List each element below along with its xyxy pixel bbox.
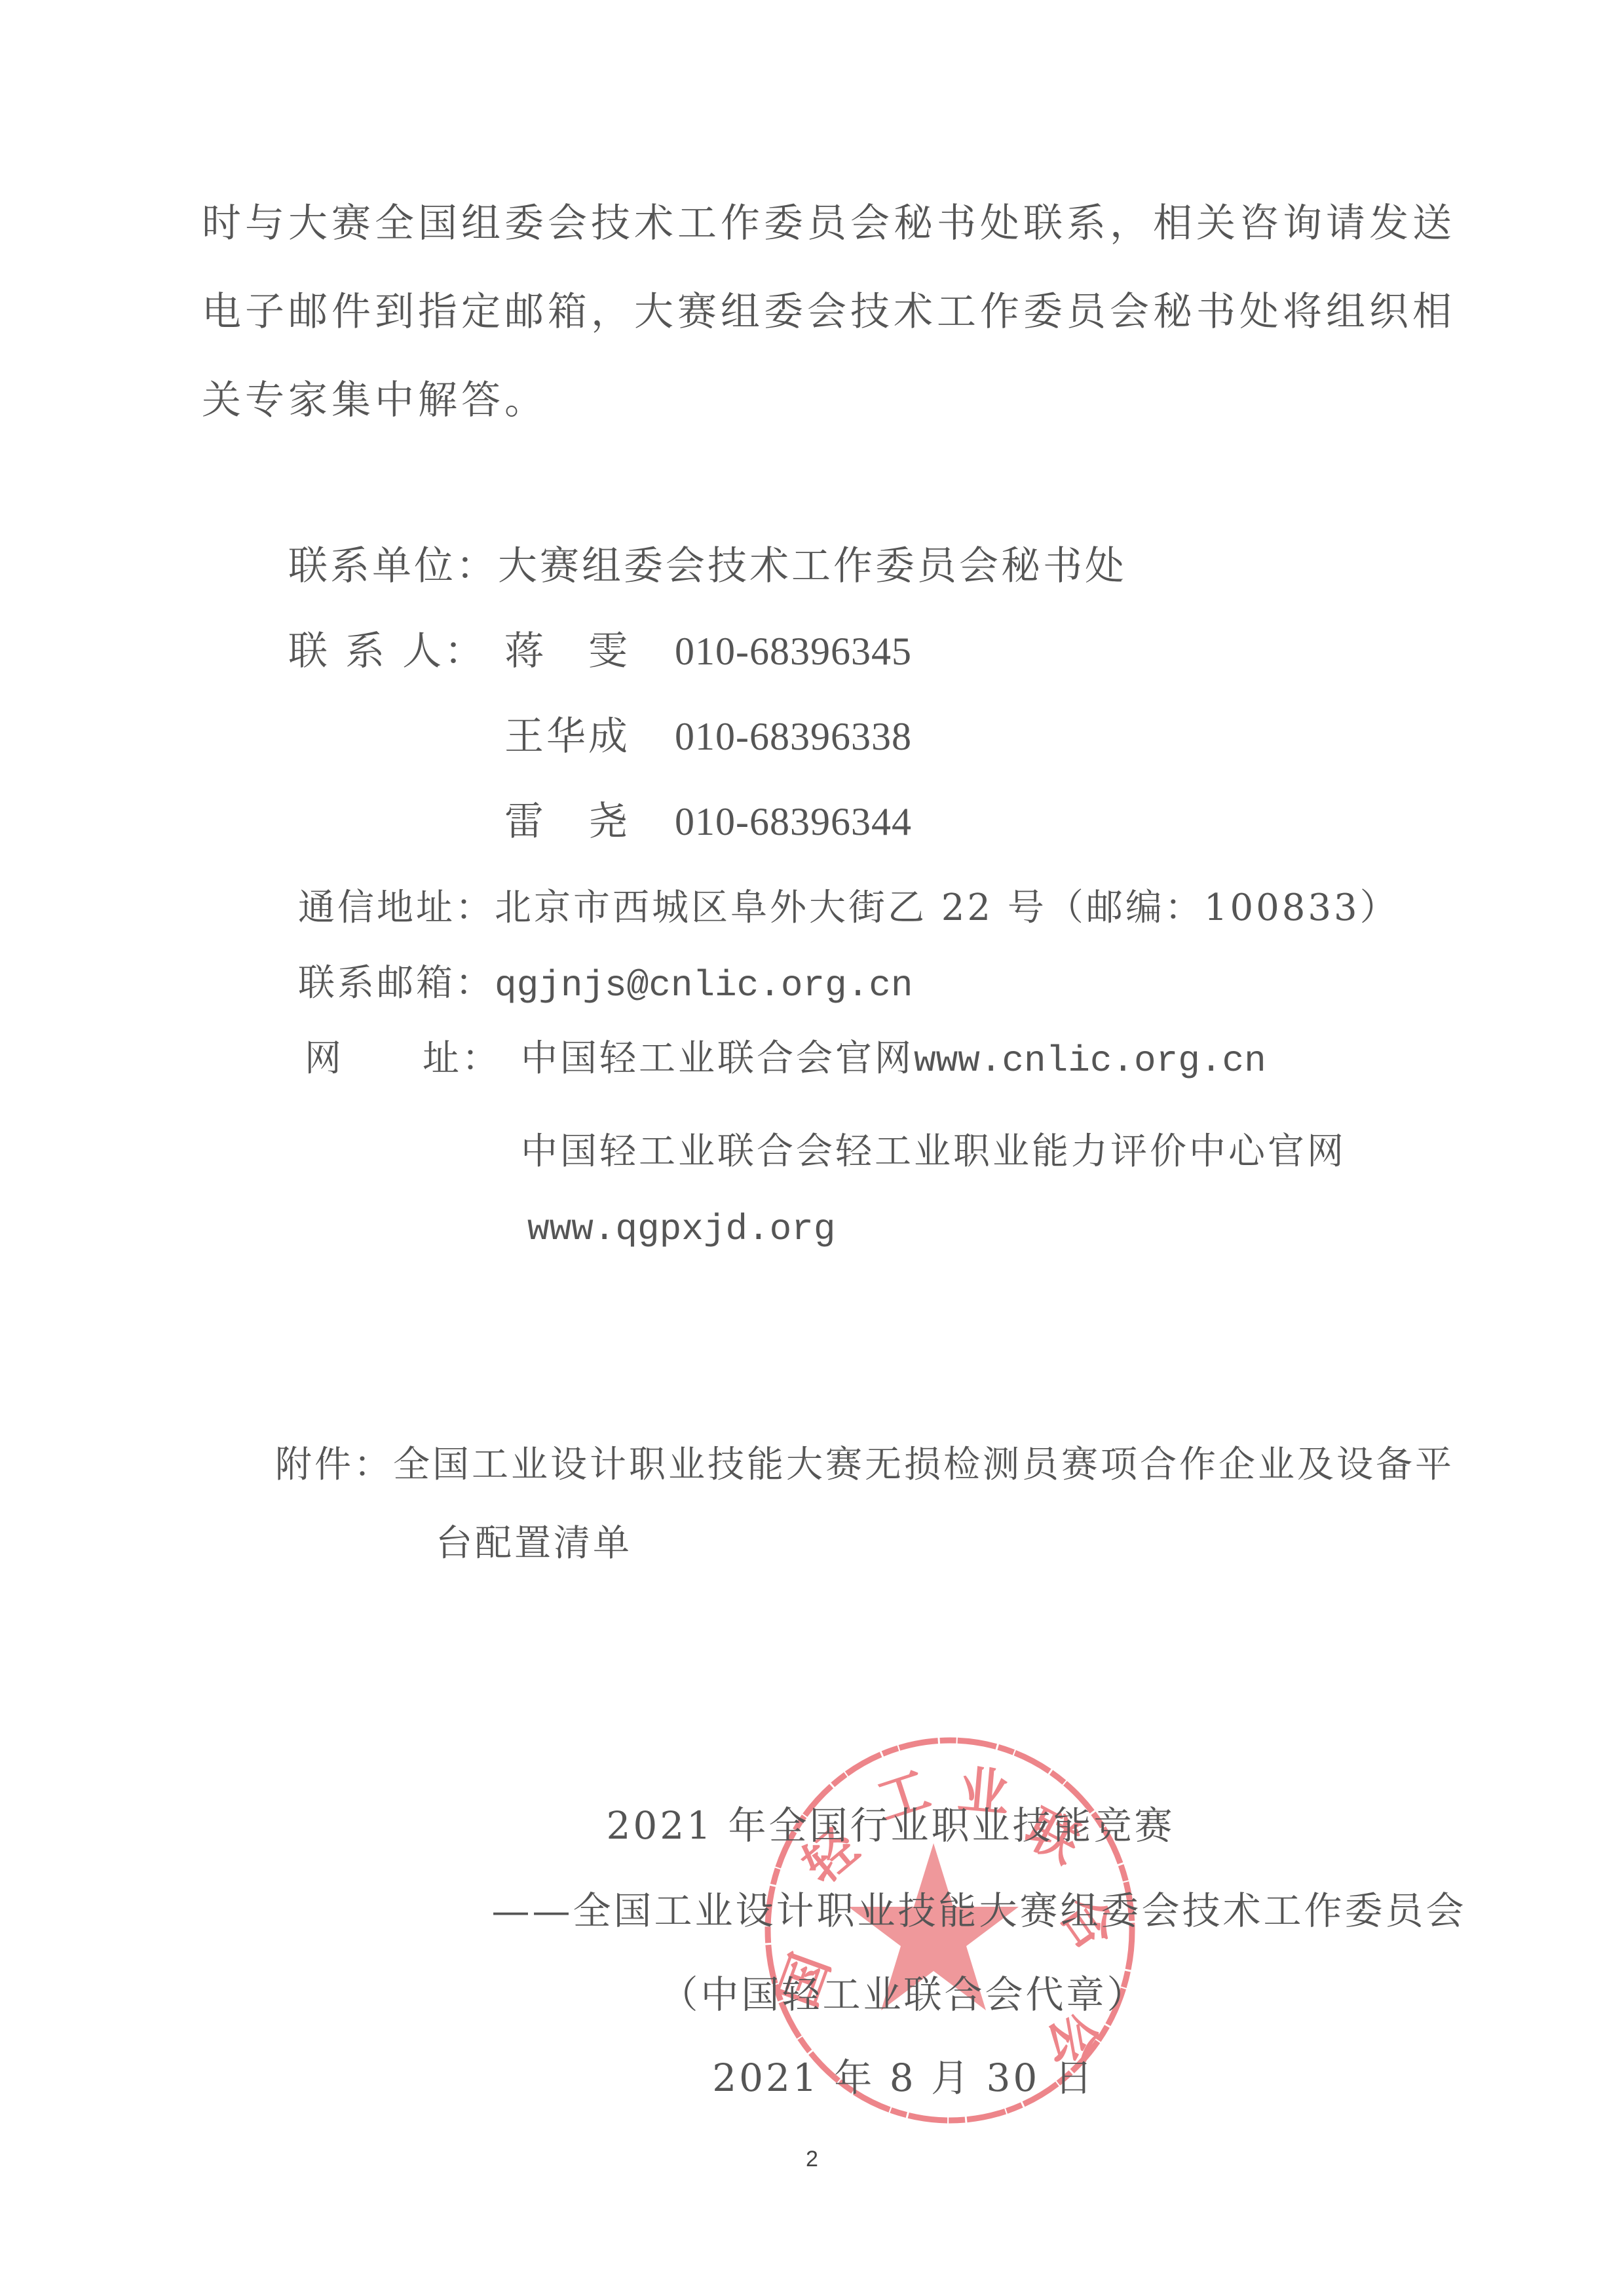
address-row: 通信地址：北京市西城区阜外大街乙 22 号（邮编：100833） — [298, 885, 1399, 932]
contact-person-phone: 010-68396338 — [675, 715, 912, 758]
contact-unit-label: 联系单位： — [288, 543, 498, 590]
website-link[interactable]: www.qgpxjd.org — [527, 1206, 835, 1253]
signature-line-1: 2021 年全国行业职业技能竞赛 — [79, 1802, 1624, 1849]
website-row-1: 网 址：中国轻工业联合会官网www.cnlic.org.cn — [305, 1035, 1266, 1084]
contact-person-name: 雷 尧 — [504, 798, 675, 845]
contact-unit-value: 大赛组委会技术工作委员会秘书处 — [498, 543, 1127, 589]
body-paragraph-line-3: 关专家集中解答。 — [202, 377, 548, 424]
contact-person-name: 蒋 雯 — [504, 628, 675, 675]
attachment-label: 附件： — [275, 1442, 393, 1489]
signature-date: 2021 年 8 月 30 日 — [92, 2054, 1624, 2101]
attachment-row: 附件：全国工业设计职业技能大赛无损检测员赛项合作企业及设备平 — [275, 1442, 1454, 1489]
contact-unit-row: 联系单位：大赛组委会技术工作委员会秘书处 — [288, 543, 1127, 590]
contact-person-row-2: 王华成010-68396338 — [504, 713, 912, 760]
body-paragraph-line-2: 电子邮件到指定邮箱，大赛组委会技术工作委员会秘书处将组织相 — [202, 288, 1456, 335]
address-value: 北京市西城区阜外大街乙 22 号（邮编：100833） — [495, 887, 1399, 929]
email-row: 联系邮箱：qgjnjs@cnlic.org.cn — [298, 960, 913, 1009]
contact-person-label: 联 系 人： — [288, 628, 504, 675]
body-paragraph-line-1: 时与大赛全国组委会技术工作委员会秘书处联系，相关咨询请发送 — [202, 200, 1456, 247]
contact-person-row-1: 联 系 人：蒋 雯010-68396345 — [288, 628, 912, 675]
website-row-2-name: 中国轻工业联合会轻工业职业能力评价中心官网 — [521, 1128, 1346, 1176]
signature-line-2: ——全国工业设计职业技能大赛组委会技术工作委员会 — [167, 1887, 1624, 1934]
contact-person-phone: 010-68396345 — [675, 630, 912, 673]
email-label: 联系邮箱： — [298, 960, 495, 1007]
attachment-title-line-2: 台配置清单 — [436, 1520, 632, 1567]
page-number: 2 — [0, 2147, 1624, 2172]
website-label: 网 址： — [305, 1035, 521, 1082]
email-link[interactable]: qgjnjs@cnlic.org.cn — [495, 965, 913, 1006]
website-name: 中国轻工业联合会官网 — [521, 1037, 914, 1080]
attachment-title-line-1: 全国工业设计职业技能大赛无损检测员赛项合作企业及设备平 — [393, 1444, 1454, 1486]
contact-person-phone: 010-68396344 — [675, 800, 912, 843]
signature-line-3: （中国轻工业联合会代章） — [92, 1971, 1624, 2018]
website-link[interactable]: www.cnlic.org.cn — [914, 1040, 1266, 1082]
contact-person-name: 王华成 — [504, 713, 675, 760]
address-label: 通信地址： — [298, 885, 495, 932]
contact-person-row-3: 雷 尧010-68396344 — [504, 798, 912, 845]
